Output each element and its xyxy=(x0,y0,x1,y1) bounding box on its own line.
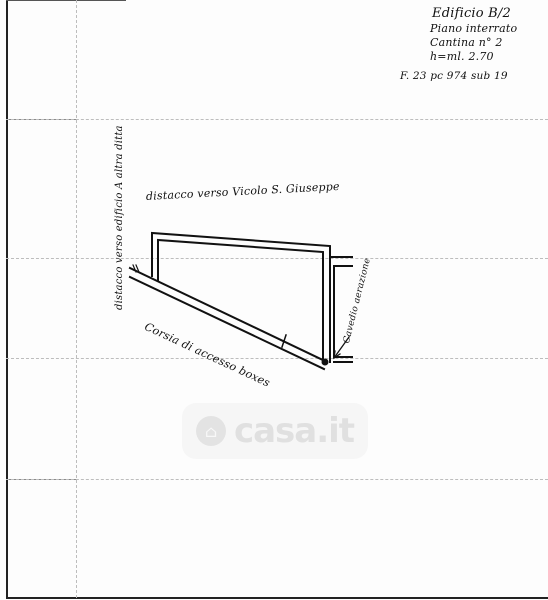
floor-label: Piano interrato xyxy=(430,22,517,35)
drawing-sheet: Edificio B/2 Piano interrato Cantina n° … xyxy=(0,0,548,600)
watermark-text: casa.it xyxy=(234,411,354,451)
label-left-setback: distacco verso edificio A altra ditta xyxy=(114,125,125,310)
building-label: Edificio B/2 xyxy=(432,6,511,21)
unit-label: Cantina n° 2 xyxy=(430,36,503,49)
cadastral-reference: F. 23 pc 974 sub 19 xyxy=(400,70,508,82)
watermark: ⌂ casa.it xyxy=(182,403,368,459)
house-icon: ⌂ xyxy=(196,416,226,446)
height-label: h=ml. 2.70 xyxy=(430,50,494,63)
floor-plan xyxy=(0,0,548,600)
